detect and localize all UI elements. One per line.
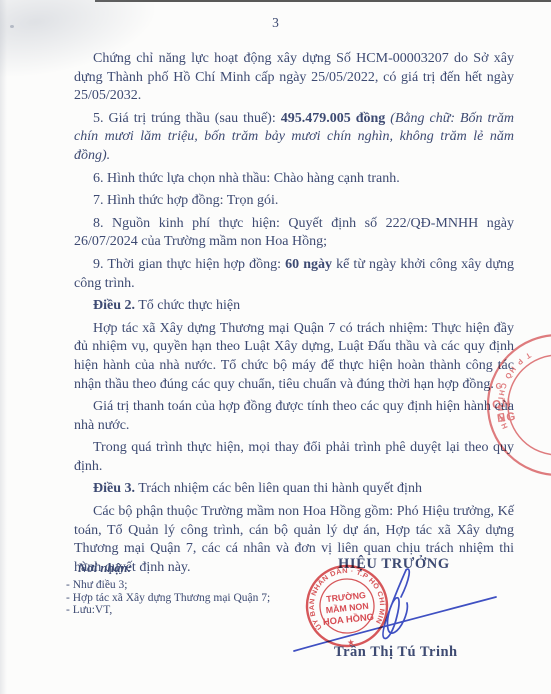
item-5-bid-value: 5. Giá trị trúng thầu (sau thuế): 495.47… (74, 110, 514, 166)
recipient-item: - Lưu:VT, (66, 604, 296, 617)
text-run: Hợp tác xã Xây dựng Thương mại Quận 7 có… (74, 321, 514, 392)
page-number: 3 (0, 15, 551, 31)
text-run: 7. Hình thức hợp đồng: Trọn gói. (93, 193, 278, 208)
text-run: Trong quá trình thực hiện, mọi thay đổi … (74, 440, 514, 474)
partial-stamp-fragment: G (495, 381, 502, 391)
recipient-item: - Hợp tác xã Xây dựng Thương mại Quận 7; (66, 592, 296, 605)
partial-stamp-fragment: NG (496, 411, 517, 426)
article-2-heading: Điều 2. Tổ chức thực hiện (74, 297, 514, 316)
text-run-bold: Điều 3. (93, 481, 135, 496)
item-6-selection-method: 6. Hình thức lựa chọn nhà thầu: Chào hàn… (74, 170, 514, 189)
article-3-heading: Điều 3. Trách nhiệm các bên liên quan th… (74, 480, 514, 499)
recipient-item: - Như điều 3; (66, 579, 296, 592)
text-run: Chứng chỉ năng lực hoạt động xây dựng Số… (74, 51, 514, 103)
text-run: 8. Nguồn kinh phí thực hiện: Quyết định … (74, 216, 514, 250)
article-2-paragraph-1: Hợp tác xã Xây dựng Thương mại Quận 7 có… (74, 320, 514, 394)
text-run: 9. Thời gian thực hiện hợp đồng: (93, 257, 285, 272)
text-run-bold: Điều 2. (93, 298, 135, 313)
partial-stamp: T P HỒ CHÍ MINH G ON NG (465, 333, 551, 481)
recipients-list: - Như điều 3; - Hợp tác xã Xây dựng Thươ… (66, 579, 296, 617)
signer-name: Trần Thị Tú Trinh (334, 644, 458, 661)
article-2-paragraph-2: Giá trị thanh toán của hợp đồng được tín… (74, 398, 514, 435)
text-run: Tổ chức thực hiện (135, 298, 240, 313)
article-2-paragraph-3: Trong quá trình thực hiện, mọi thay đổi … (74, 439, 514, 476)
item-7-contract-type: 7. Hình thức hợp đồng: Trọn gói. (74, 192, 514, 211)
text-run: 5. Giá trị trúng thầu (sau thuế): (93, 111, 281, 126)
text-run-bold: 495.479.005 đồng (281, 111, 391, 126)
recipients-heading: Nơi nhận: (78, 561, 296, 576)
item-9-duration: 9. Thời gian thực hiện hợp đồng: 60 ngày… (74, 256, 514, 293)
partial-stamp-fragment: ON (492, 397, 513, 412)
scan-left-shade (0, 0, 7, 694)
recipients-block: Nơi nhận: - Như điều 3; - Hợp tác xã Xây… (66, 561, 296, 617)
text-run: Giá trị thanh toán của hợp đồng được tín… (74, 399, 514, 433)
paragraph-certificate: Chứng chỉ năng lực hoạt động xây dựng Số… (74, 50, 514, 106)
signature-flourish-stroke (383, 570, 407, 638)
document-page: 3 Chứng chỉ năng lực hoạt động xây dựng … (0, 0, 551, 694)
item-8-funding-source: 8. Nguồn kinh phí thực hiện: Quyết định … (74, 215, 514, 252)
text-run: Trách nhiệm các bên liên quan thi hành q… (135, 481, 422, 496)
document-body: Chứng chỉ năng lực hoạt động xây dựng Số… (74, 50, 514, 581)
scan-edge-artifact (95, 0, 551, 2)
text-run-bold: 60 ngày (285, 257, 332, 272)
text-run: 6. Hình thức lựa chọn nhà thầu: Chào hàn… (93, 171, 400, 186)
